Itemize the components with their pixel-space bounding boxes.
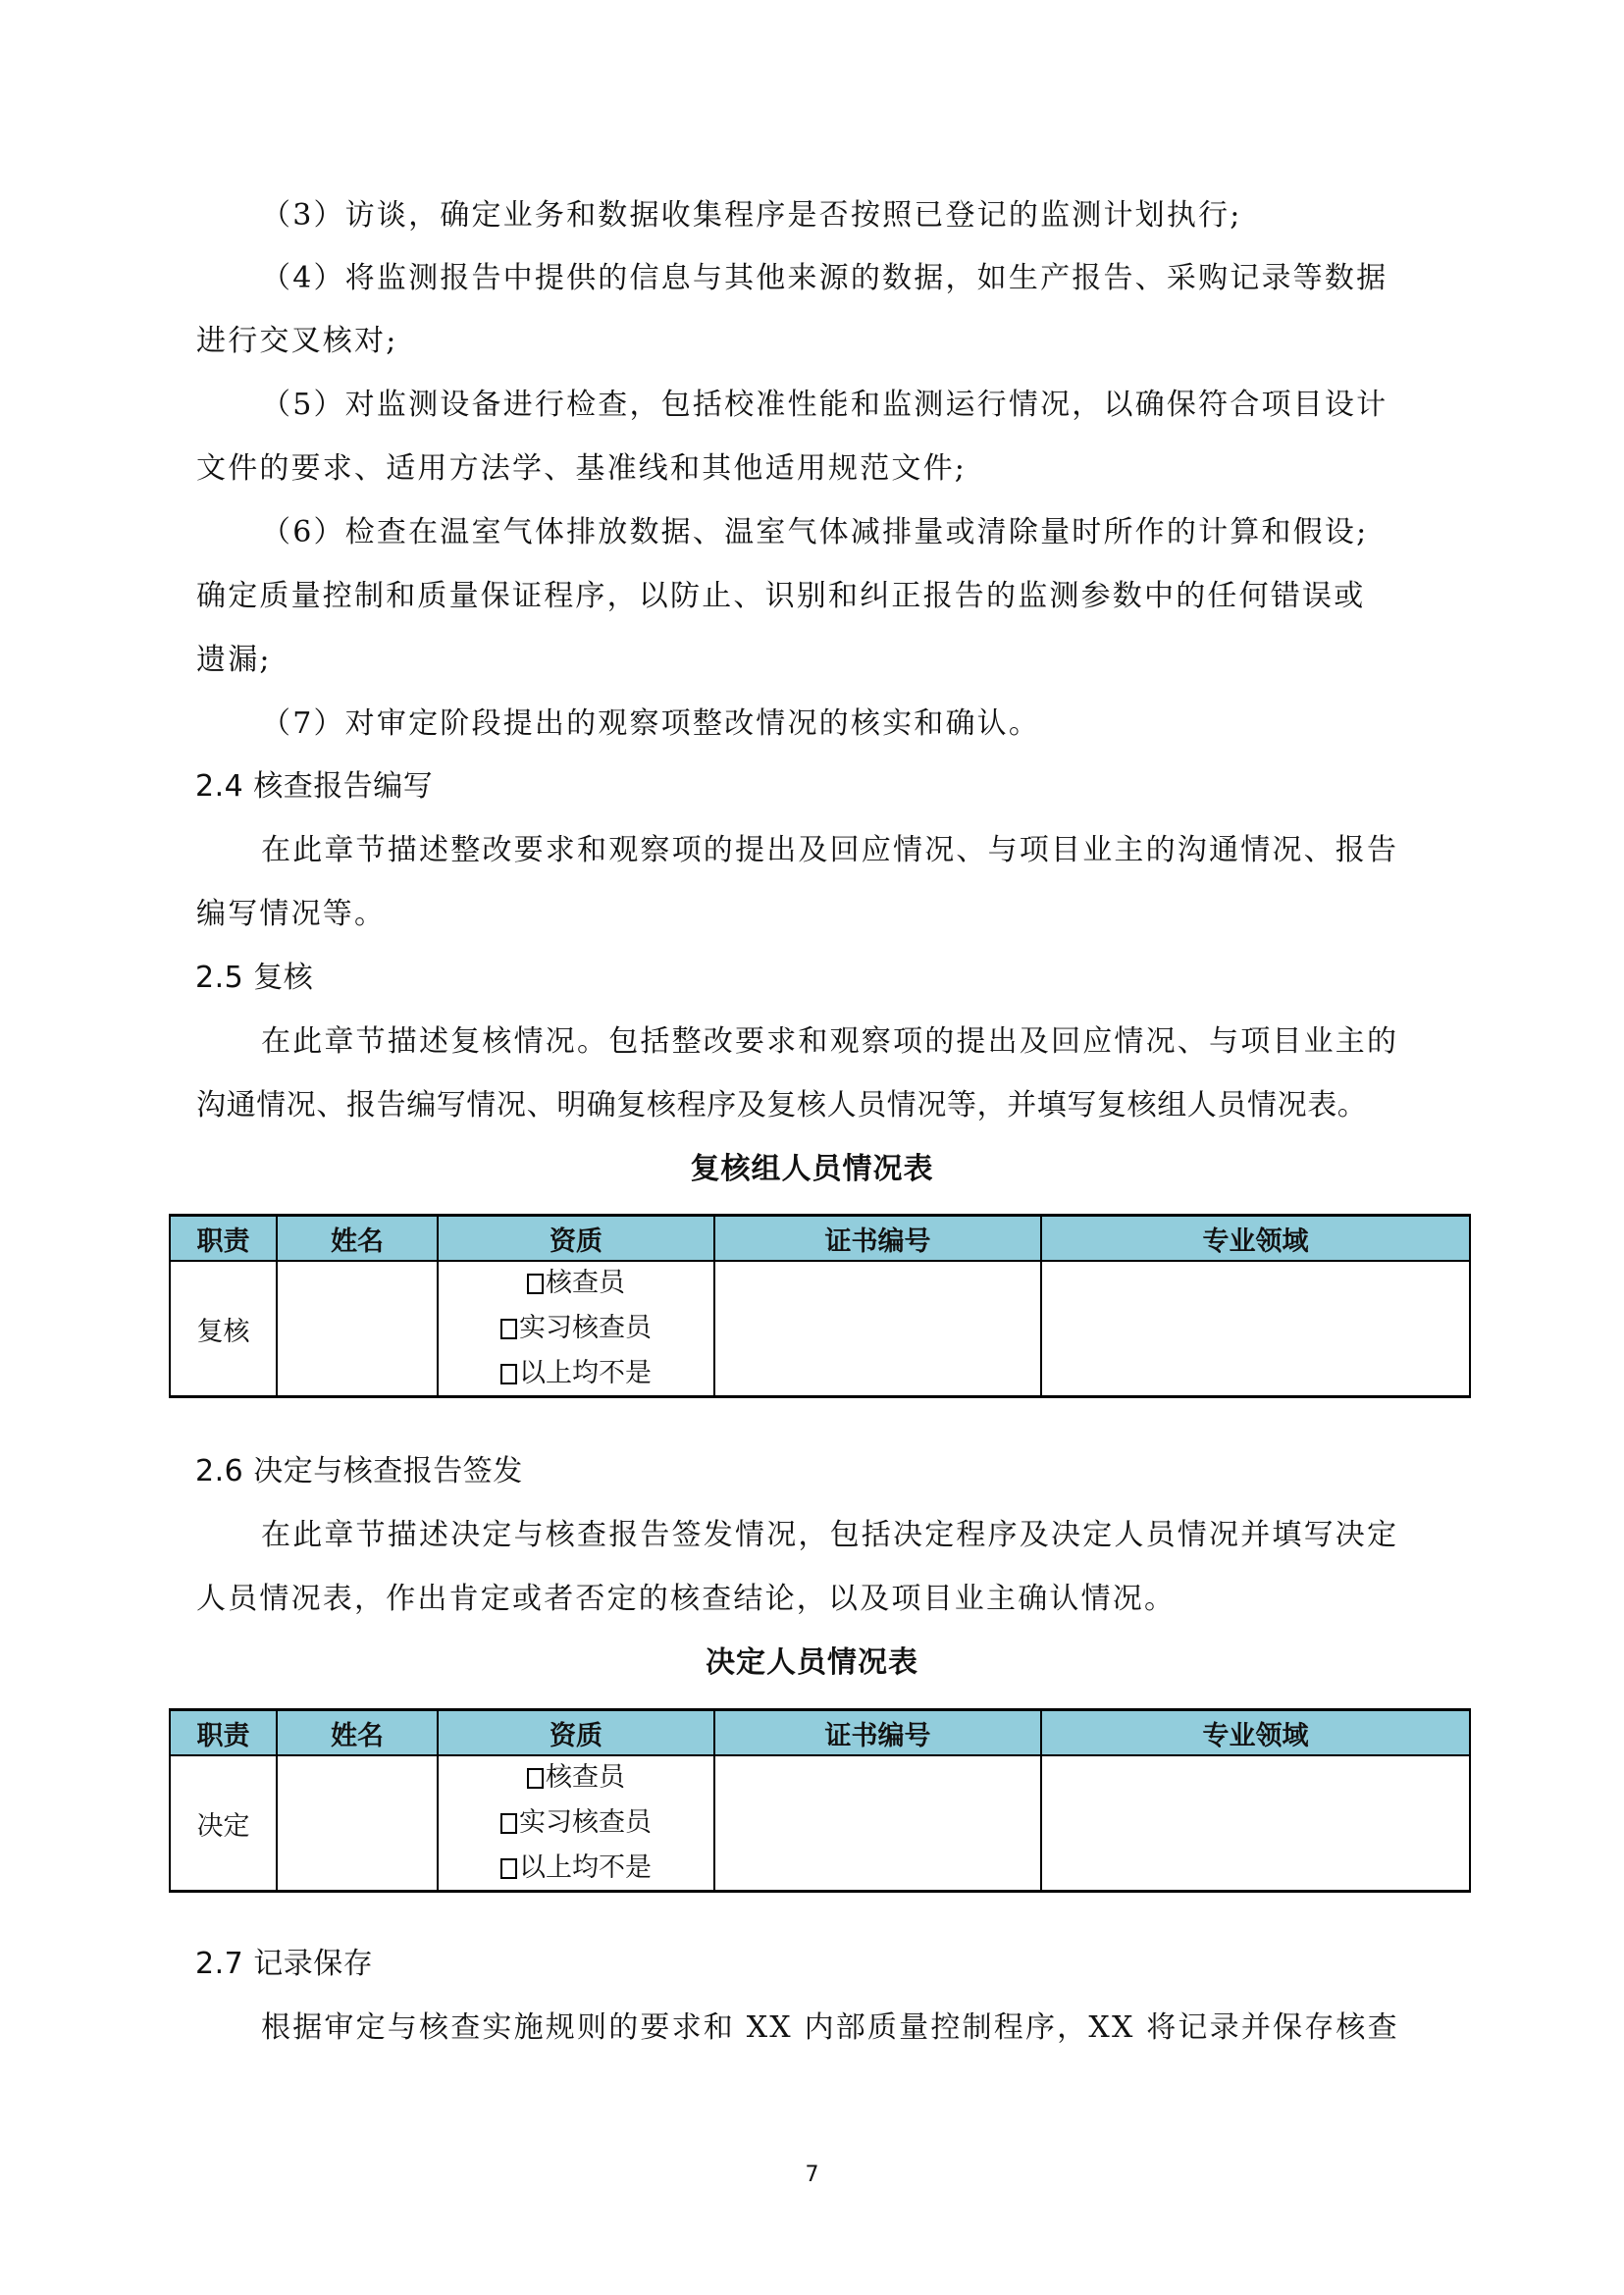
section-heading-2-5: 2.5 复核 (195, 959, 313, 998)
col-header-qualification: 资质 (438, 1216, 714, 1262)
col-header-role: 职责 (170, 1710, 277, 1756)
list-item-3: （3）访谈，确定业务和数据收集程序是否按照已登记的监测计划执行; (261, 196, 1242, 235)
qualification-label: 以上均不是 (519, 1848, 652, 1889)
table-row: 复核 核查员 实习核查员 以上均不是 (170, 1261, 1470, 1397)
section-2-4-text: 在此章节描述整改要求和观察项的提出及回应情况、与项目业主的沟通情况、报告 (261, 831, 1398, 870)
section-heading-2-7: 2.7 记录保存 (195, 1945, 373, 1984)
table-header-row: 职责 姓名 资质 证书编号 专业领域 (170, 1710, 1470, 1756)
cell-role: 决定 (170, 1755, 277, 1892)
checkbox-icon[interactable] (527, 1274, 544, 1294)
document-page: （3）访谈，确定业务和数据收集程序是否按照已登记的监测计划执行; （4）将监测报… (0, 0, 1624, 2295)
list-item-6-cont2: 遗漏; (196, 641, 272, 680)
col-header-field: 专业领域 (1041, 1710, 1470, 1756)
cell-name[interactable] (277, 1755, 438, 1892)
qualification-option-none[interactable]: 以上均不是 (500, 1353, 652, 1394)
list-item-5-cont: 文件的要求、适用方法学、基准线和其他适用规范文件; (196, 449, 967, 489)
checkbox-icon[interactable] (500, 1319, 517, 1339)
review-table-caption: 复核组人员情况表 (0, 1150, 1624, 1189)
table-row: 决定 核查员 实习核查员 以上均不是 (170, 1755, 1470, 1892)
qualification-label: 实习核查员 (519, 1308, 652, 1349)
col-header-certificate: 证书编号 (714, 1710, 1041, 1756)
col-header-qualification: 资质 (438, 1710, 714, 1756)
cell-certificate[interactable] (714, 1261, 1041, 1397)
list-item-7: （7）对审定阶段提出的观察项整改情况的核实和确认。 (261, 704, 1040, 744)
qualification-option-intern-verifier[interactable]: 实习核查员 (500, 1308, 652, 1349)
decision-personnel-table: 职责 姓名 资质 证书编号 专业领域 决定 核查员 (169, 1708, 1471, 1893)
col-header-field: 专业领域 (1041, 1216, 1470, 1262)
page-number: 7 (0, 2163, 1624, 2187)
col-header-name: 姓名 (277, 1710, 438, 1756)
section-heading-2-4: 2.4 核查报告编写 (195, 767, 433, 807)
qualification-option-verifier[interactable]: 核查员 (527, 1263, 625, 1304)
section-heading-2-6: 2.6 决定与核查报告签发 (195, 1452, 523, 1491)
decision-table-caption: 决定人员情况表 (0, 1643, 1624, 1683)
col-header-certificate: 证书编号 (714, 1216, 1041, 1262)
list-item-6: （6）检查在温室气体排放数据、温室气体减排量或清除量时所作的计算和假设; (261, 513, 1368, 552)
qualification-label: 以上均不是 (519, 1353, 652, 1394)
cell-name[interactable] (277, 1261, 438, 1397)
cell-field[interactable] (1041, 1261, 1470, 1397)
qualification-label: 核查员 (546, 1757, 625, 1799)
list-item-4: （4）将监测报告中提供的信息与其他来源的数据，如生产报告、采购记录等数据 (261, 259, 1388, 298)
table-header-row: 职责 姓名 资质 证书编号 专业领域 (170, 1216, 1470, 1262)
cell-certificate[interactable] (714, 1755, 1041, 1892)
section-2-6-text: 在此章节描述决定与核查报告签发情况，包括决定程序及决定人员情况并填写决定 (261, 1516, 1398, 1555)
col-header-name: 姓名 (277, 1216, 438, 1262)
list-item-6-cont: 确定质量控制和质量保证程序，以防止、识别和纠正报告的监测参数中的任何错误或 (196, 577, 1365, 616)
qualification-label: 实习核查员 (519, 1802, 652, 1844)
cell-field[interactable] (1041, 1755, 1470, 1892)
qualification-option-verifier[interactable]: 核查员 (527, 1757, 625, 1799)
section-2-4-text-cont: 编写情况等。 (196, 895, 386, 934)
cell-qualification: 核查员 实习核查员 以上均不是 (438, 1261, 714, 1397)
checkbox-icon[interactable] (500, 1858, 517, 1879)
qualification-label: 核查员 (546, 1263, 625, 1304)
checkbox-icon[interactable] (500, 1813, 517, 1834)
section-2-7-text: 根据审定与核查实施规则的要求和 XX 内部质量控制程序，XX 将记录并保存核查 (261, 2008, 1399, 2048)
checkbox-icon[interactable] (527, 1768, 544, 1789)
section-2-5-text: 在此章节描述复核情况。包括整改要求和观察项的提出及回应情况、与项目业主的 (261, 1022, 1398, 1062)
list-item-5: （5）对监测设备进行检查，包括校准性能和监测运行情况，以确保符合项目设计 (261, 386, 1388, 425)
section-2-5-text-cont: 沟通情况、报告编写情况、明确复核程序及复核人员情况等，并填写复核组人员情况表。 (196, 1086, 1367, 1125)
cell-role: 复核 (170, 1261, 277, 1397)
checkbox-icon[interactable] (500, 1364, 517, 1384)
review-personnel-table: 职责 姓名 资质 证书编号 专业领域 复核 核查员 (169, 1214, 1471, 1398)
section-2-6-text-cont: 人员情况表，作出肯定或者否定的核查结论，以及项目业主确认情况。 (196, 1580, 1176, 1619)
cell-qualification: 核查员 实习核查员 以上均不是 (438, 1755, 714, 1892)
list-item-4-cont: 进行交叉核对; (196, 322, 398, 361)
col-header-role: 职责 (170, 1216, 277, 1262)
qualification-option-intern-verifier[interactable]: 实习核查员 (500, 1802, 652, 1844)
qualification-option-none[interactable]: 以上均不是 (500, 1848, 652, 1889)
